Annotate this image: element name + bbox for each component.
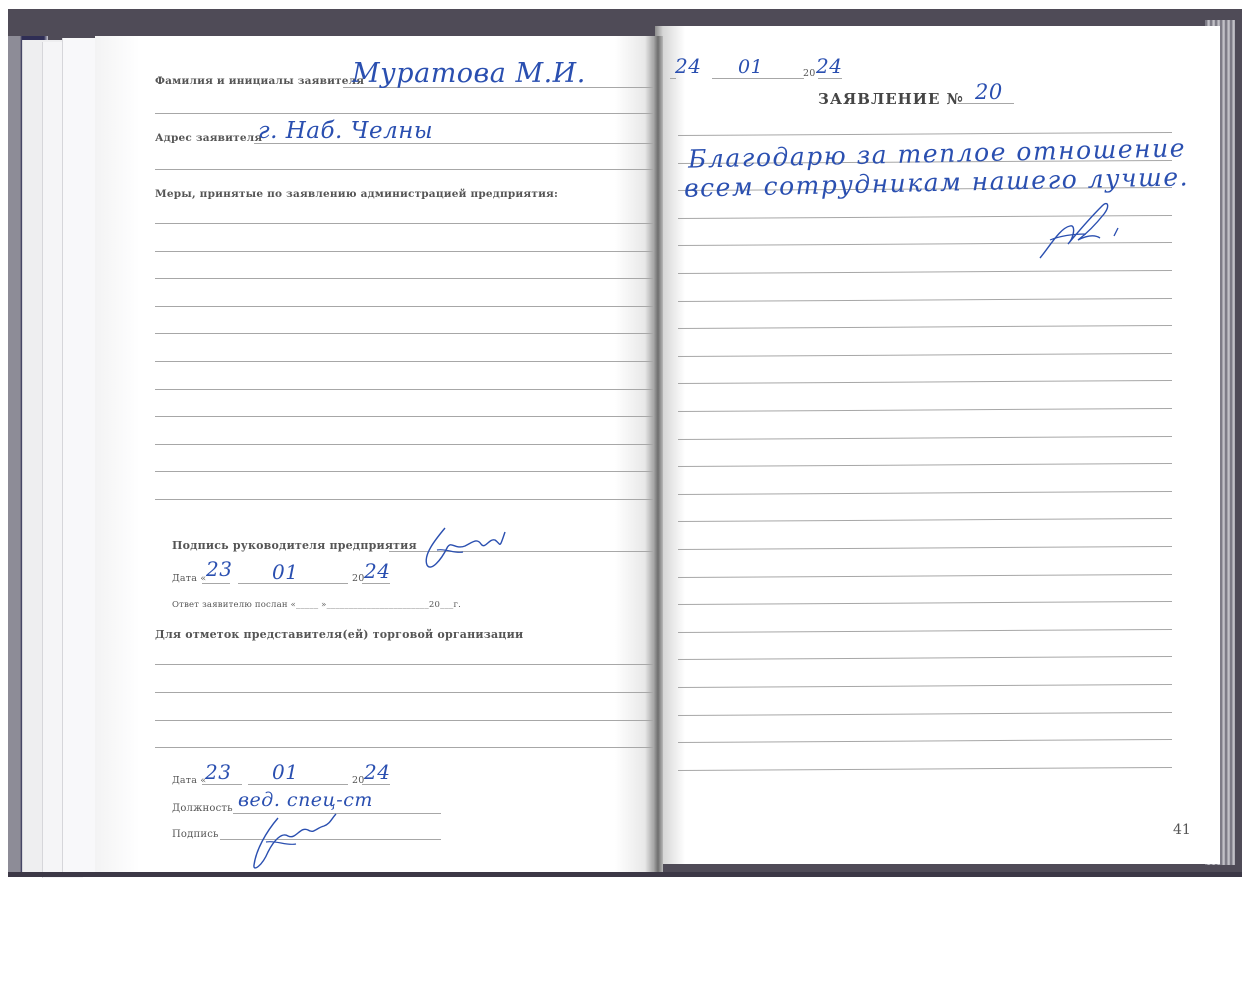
manager-signature-label: Подпись руководителя предприятия: [172, 539, 417, 552]
reply-sent-label: Ответ заявителю послан «_____ »_________…: [172, 600, 461, 610]
ruled-line: [155, 389, 653, 390]
ruled-line: [155, 113, 653, 114]
ruled-line: [155, 361, 653, 362]
applicant-signature-mark: [1030, 198, 1130, 263]
right-date-day-value: 24: [675, 54, 701, 78]
ruled-line: [155, 499, 653, 500]
rep-date-year-prefix: 20: [352, 775, 365, 786]
statement-title: ЗАЯВЛЕНИЕ №: [818, 90, 964, 108]
date-day-value: 23: [206, 557, 232, 581]
rep-signature-mark: [240, 810, 350, 875]
ruled-line: [155, 169, 653, 170]
ruled-line: [155, 747, 653, 748]
position-label: Должность: [172, 803, 233, 814]
right-date-year-value: 24: [816, 54, 842, 78]
ruled-line: [155, 278, 653, 279]
date-day-line: [202, 583, 230, 584]
rep-date-month-value: 01: [272, 760, 298, 784]
applicant-name-value: Муратова М.И.: [352, 58, 586, 89]
ruled-line: [155, 664, 653, 665]
rep-date-year-line: [362, 784, 390, 785]
right-date-month-line: [712, 78, 804, 79]
book-bottom-edge: [8, 872, 1242, 877]
date-month-value: 01: [272, 560, 298, 584]
right-date-year-line: [818, 78, 842, 79]
applicant-address-value: г. Наб. Челны: [258, 118, 433, 144]
ruled-line: [155, 223, 653, 224]
trade-rep-label: Для отметок представителя(ей) торговой о…: [155, 628, 523, 641]
position-value: вед. спец-ст: [238, 789, 373, 811]
ruled-line: [155, 720, 653, 721]
applicant-name-label: Фамилия и инициалы заявителя: [155, 75, 364, 87]
left-page: [95, 36, 655, 876]
date-year-line: [362, 583, 390, 584]
ruled-line: [155, 306, 653, 307]
ruled-line: [155, 444, 653, 445]
ruled-line: [155, 251, 653, 252]
page-number-right: 41: [1173, 822, 1191, 838]
right-date-month-value: 01: [738, 56, 763, 78]
book-gutter: [653, 36, 663, 876]
applicant-address-label: Адрес заявителя: [155, 132, 262, 144]
right-date-quote-line: [670, 78, 676, 79]
rep-date-day-line: [202, 784, 242, 785]
statement-number-value: 20: [975, 80, 1003, 104]
date-year-prefix: 20: [352, 573, 365, 584]
ruled-line: [155, 471, 653, 472]
signature-label: Подпись: [172, 829, 219, 840]
ruled-line: [155, 692, 653, 693]
measures-label: Меры, принятые по заявлению администраци…: [155, 188, 558, 200]
manager-signature-mark: [415, 520, 510, 575]
ruled-line: [155, 333, 653, 334]
rep-date-month-line: [248, 784, 348, 785]
rep-date-day-value: 23: [205, 760, 231, 784]
date-year-value: 24: [364, 559, 390, 583]
ruled-line: [155, 416, 653, 417]
rep-date-year-value: 24: [364, 760, 390, 784]
right-date-year-prefix: 20: [803, 68, 816, 79]
